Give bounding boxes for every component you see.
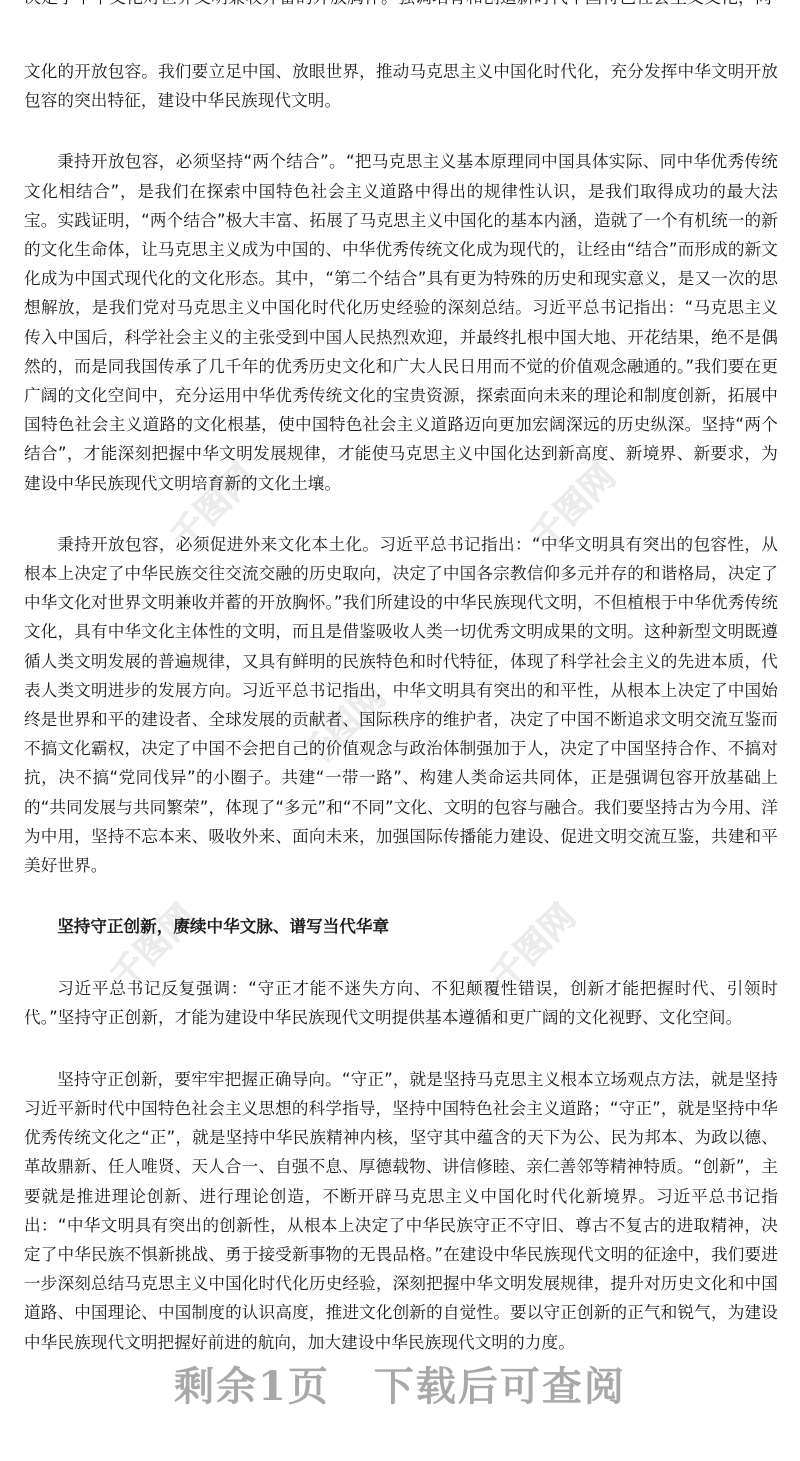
remaining-pages-label: 剩余1页 <box>174 1363 330 1410</box>
paragraph-5: 坚持守正创新，要牢牢把握正确导向。“守正”，就是坚持马克思主义根本立场观点方法，… <box>24 1065 778 1357</box>
download-prompt-label[interactable]: 下载后可查阅 <box>374 1363 626 1410</box>
clipped-top-line: 决定了中华文化对世界文明兼收并蓄的开放胸怀。强调培育和创造新时代中国特色社会主义… <box>24 0 778 13</box>
article-body: 文化的开放包容。我们要立足中国、放眼世界，推动马克思主义中国化时代化，充分发挥中… <box>24 57 778 1389</box>
document-page: 决定了中华文化对世界文明兼收并蓄的开放胸怀。强调培育和创造新时代中国特色社会主义… <box>0 0 800 1461</box>
paragraph-4: 习近平总书记反复强调：“守正才能不迷失方向、不犯颠覆性错误，创新才能把握时代、引… <box>24 974 778 1032</box>
paragraph-3: 秉持开放包容，必须促进外来文化本土化。习近平总书记指出：“中华文明具有突出的包容… <box>24 530 778 880</box>
paragraph-1: 文化的开放包容。我们要立足中国、放眼世界，推动马克思主义中国化时代化，充分发挥中… <box>24 57 778 115</box>
download-to-read-more-banner[interactable]: 剩余1页下载后可查阅 <box>0 1355 800 1412</box>
section-heading: 坚持守正创新，赓续中华文脉、谱写当代华章 <box>24 912 778 941</box>
paragraph-2: 秉持开放包容，必须坚持“两个结合”。“把马克思主义基本原理同中国具体实际、同中华… <box>24 147 778 497</box>
